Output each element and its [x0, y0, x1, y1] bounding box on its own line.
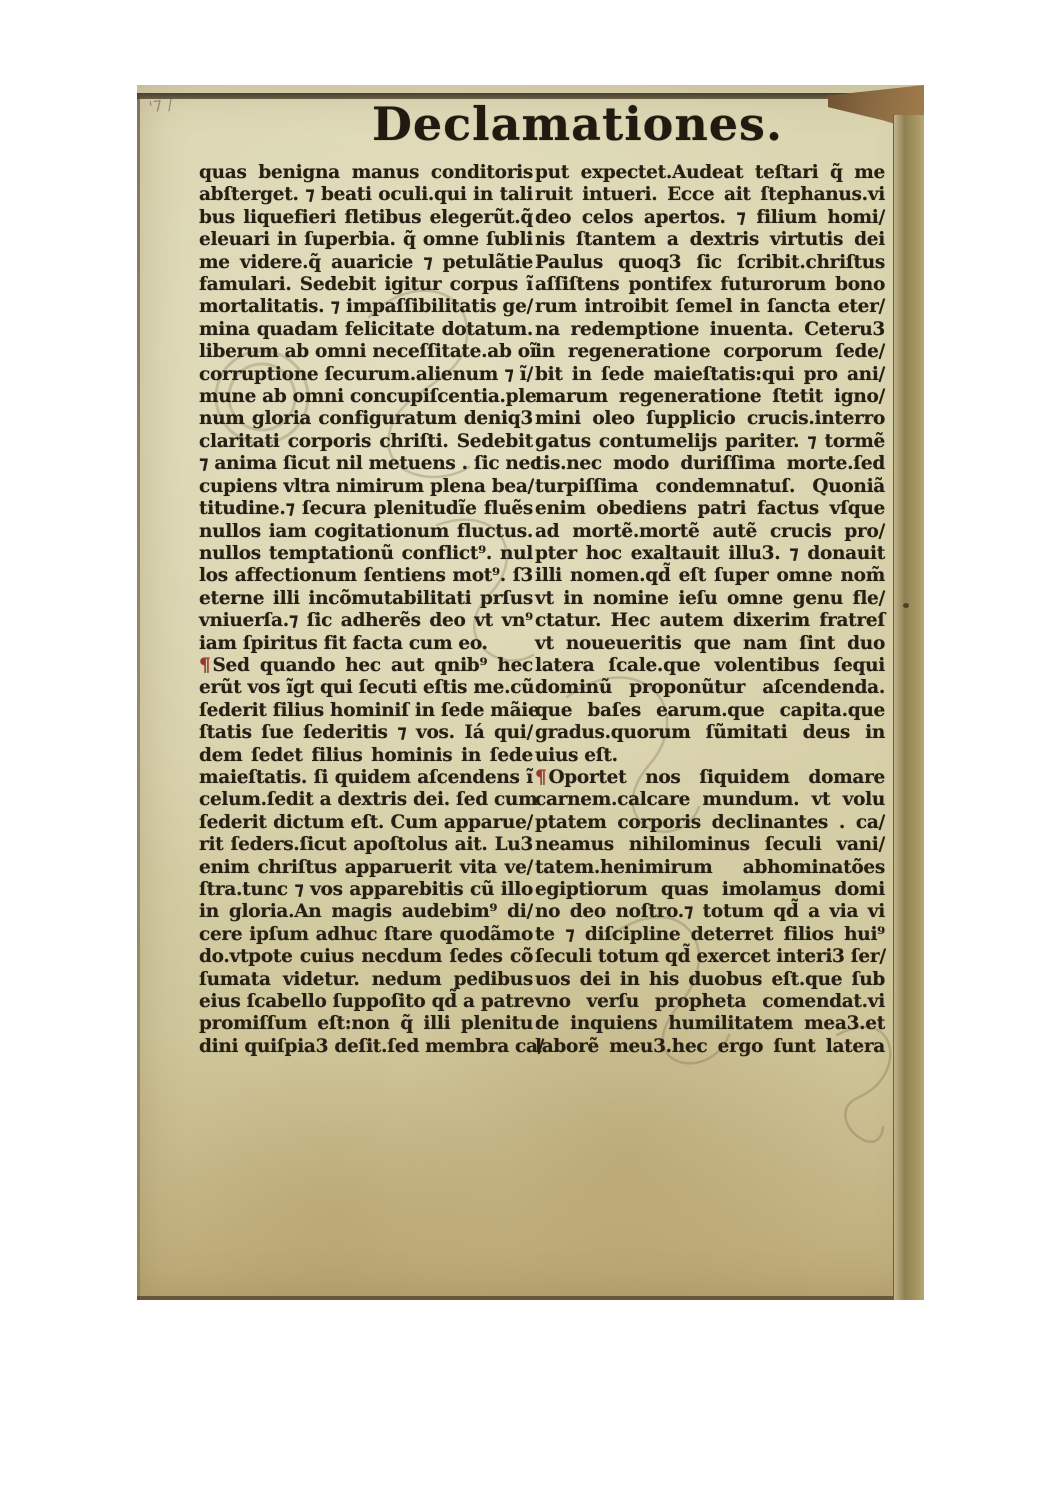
text-line: put expectet.Audeat teſtari q̃ me — [535, 162, 885, 184]
text-line: liberum ab omni neceſſitate.ab oĩ — [199, 341, 533, 363]
text-line: nullos iam cogitationum fluctus. — [199, 521, 533, 543]
text-line: Paulus quoq3 ſic ſcribit.chriſtus — [535, 252, 885, 274]
text-line: ruit intueri. Ecce ait ſtephanus.vi — [535, 184, 885, 206]
page-left-edge-line — [137, 93, 140, 1300]
text-line: ad mortẽ.mortẽ autẽ crucis pro/ — [535, 521, 885, 543]
text-line: latera ſcale.que volentibus ſequi — [535, 655, 885, 677]
page-title: Declamationes. — [137, 97, 924, 151]
text-line: que baſes earum.que capita.que — [535, 700, 885, 722]
text-line: vt noueueritis que nam ſint duo — [535, 633, 885, 655]
text-line: in regeneratione corporum ſede/ — [535, 341, 885, 363]
text-line: dini quiſpia3 deſit.ſed membra ca/ — [199, 1036, 533, 1058]
scan-canvas: '7 / Declamationes. quas benigna manus c… — [0, 0, 1060, 1500]
text-line: cupiens vltra nimirum plena bea/ — [199, 476, 533, 498]
book-page-photo: '7 / Declamationes. quas benigna manus c… — [137, 85, 924, 1300]
text-line: laborẽ meu3.hec ergo ſunt latera — [535, 1036, 885, 1058]
text-line: vno verſu propheta comendat.vi — [535, 991, 885, 1013]
text-line: in gloria.An magis audebim⁹ di/ — [199, 901, 533, 923]
text-line: ſtra.tunc ⁊ vos apparebitis cũ illo — [199, 879, 533, 901]
page-bottom-edge-line — [137, 1296, 924, 1300]
text-line: uos dei in his duobus eſt.que ſub — [535, 969, 885, 991]
text-line: vt in nomine ieſu omne genu fle/ — [535, 588, 885, 610]
text-line: do.vtpote cuius necdum ſedes cõ — [199, 946, 533, 968]
text-line: eius ſcabello ſuppoſito qd̃ a patre — [199, 991, 533, 1013]
text-line: carnem.calcare mundum. vt volu — [535, 789, 885, 811]
text-line: uius eſt. — [535, 745, 885, 767]
text-line: mini oleo ſupplicio crucis.interro — [535, 408, 885, 430]
text-line: mune ab omni concupiſcentia.ple — [199, 386, 533, 408]
text-line: maieſtatis. ſi quidem aſcendens ĩ — [199, 767, 533, 789]
text-line: de inquiens humilitatem mea3.et — [535, 1013, 885, 1035]
text-line: tatem.henimirum abhominatões — [535, 857, 885, 879]
text-line: cere ipſum adhuc ſtare quodãmo — [199, 924, 533, 946]
text-line: ſederit dictum eſt. Cum apparue/ — [199, 812, 533, 834]
text-line: quas benigna manus conditoris — [199, 162, 533, 184]
text-line: ¶Sed quando hec aut qnib⁹ hec — [199, 655, 533, 677]
text-line: dem ſedet filius hominis in ſede — [199, 745, 533, 767]
text-line: gradus.quorum ſũmitati deus in — [535, 722, 885, 744]
text-line: claritati corporis chriſti. Sedebit — [199, 431, 533, 453]
ink-spot — [903, 603, 909, 608]
text-line: ſumata videtur. nedum pedibus — [199, 969, 533, 991]
text-line: na redemptione inuenta. Ceteru3 — [535, 319, 885, 341]
text-line: ctatur. Hec autem dixerim fratreſ — [535, 610, 885, 632]
text-line: enim chriſtus apparuerit vita ve/ — [199, 857, 533, 879]
text-line: ¶Oportet nos ſiquidem domare — [535, 767, 885, 789]
text-line: num gloria configuratum deniq3 — [199, 408, 533, 430]
text-line: neamus nihilominus ſeculi vani/ — [535, 834, 885, 856]
text-line: turpiſſima condemnatuſ. Quoniã — [535, 476, 885, 498]
text-line: abſterget. ⁊ beati oculi.qui in tali — [199, 184, 533, 206]
text-line: pter hoc exaltauit illu3. ⁊ donauit — [535, 543, 885, 565]
text-line: mina quadam felicitate dotatum. — [199, 319, 533, 341]
text-line: iam ſpiritus fit facta cum eo. — [199, 633, 533, 655]
text-column-right: put expectet.Audeat teſtari q̃ meruit in… — [535, 162, 885, 1062]
text-line: ⁊ anima ſicut nil metuens . ſic nec — [199, 453, 533, 475]
text-line: erũt vos ĩgt qui ſecuti eſtis me.cũ — [199, 677, 533, 699]
text-line: nullos temptationũ conflict⁹. nul — [199, 543, 533, 565]
text-line: bit in ſede maieſtatis:qui pro ani/ — [535, 364, 885, 386]
text-line: rum introibit ſemel in ſancta eter/ — [535, 296, 885, 318]
text-line: ptatem corporis declinantes . ca/ — [535, 812, 885, 834]
text-line: aſſiſtens pontifex futurorum bono — [535, 274, 885, 296]
text-line: celum.ſedit a dextris dei. ſed cum — [199, 789, 533, 811]
text-line: te ⁊ diſcipline deterret filios hui⁹ — [535, 924, 885, 946]
text-line: famulari. Sedebit igitur corpus ĩ — [199, 274, 533, 296]
text-line: los affectionum ſentiens mot⁹. ſ3 — [199, 565, 533, 587]
text-line: marum regeneratione ſtetit igno/ — [535, 386, 885, 408]
text-line: bus liquefieri fletibus elegerũt.q̃ — [199, 207, 533, 229]
text-line: corruptione ſecurum.alienum ⁊ ĩ/ — [199, 364, 533, 386]
rubric-pilcrow: ¶ — [535, 767, 548, 788]
text-line: rit ſeders.ſicut apoſtolus ait. Lu3 — [199, 834, 533, 856]
text-line: promiſſum eſt:non q̃ illi plenitu — [199, 1013, 533, 1035]
text-line: me videre.q̃ auaricie ⁊ petulãtie — [199, 252, 533, 274]
text-line: vniuerſa.⁊ ſic adherẽs deo vt vn⁹ — [199, 610, 533, 632]
text-line: dominũ proponũtur aſcendenda. — [535, 677, 885, 699]
text-line: mortalitatis. ⁊ impaſſibilitatis ge/ — [199, 296, 533, 318]
text-line: ſeculi totum qd̃ exercet interi3 ſer/ — [535, 946, 885, 968]
text-line: titudine.⁊ ſecura plenitudĩe fluẽs — [199, 498, 533, 520]
text-line: eterne illi incõmutabilitati prſus — [199, 588, 533, 610]
book-fore-edge — [893, 115, 924, 1300]
text-line: ſtatis ſue ſederitis ⁊ vos. Iá qui/ — [199, 722, 533, 744]
text-line: egiptiorum quas imolamus domi — [535, 879, 885, 901]
text-line: enim obediens patri factus vſque — [535, 498, 885, 520]
text-line: tis.nec modo duriſſima morte.ſed — [535, 453, 885, 475]
text-line: ſederit filius hominiſ in ſede mãie — [199, 700, 533, 722]
rubric-pilcrow: ¶ — [199, 655, 212, 676]
text-line: illi nomen.qd̃ eſt ſuper omne nom̃ — [535, 565, 885, 587]
text-line: gatus contumelijs pariter. ⁊ tormẽ — [535, 431, 885, 453]
text-line: deo celos apertos. ⁊ filium homi/ — [535, 207, 885, 229]
text-line: no deo noſtro.⁊ totum qd̃ a via vi — [535, 901, 885, 923]
text-line: eleuari in ſuperbia. q̃ omne ſubli — [199, 229, 533, 251]
text-line: nis ſtantem a dextris virtutis dei — [535, 229, 885, 251]
text-column-left: quas benigna manus conditorisabſterget. … — [199, 162, 533, 1062]
